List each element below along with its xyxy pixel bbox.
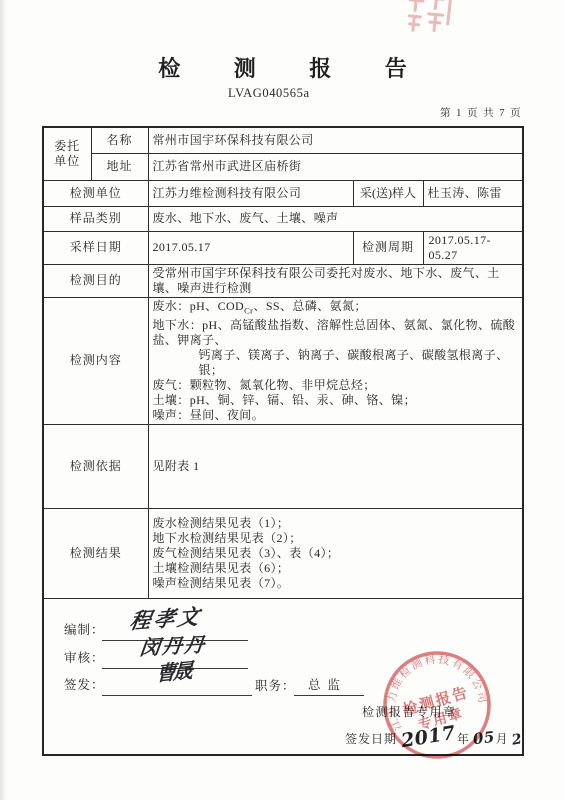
client-group-line1: 委托 [48, 139, 87, 154]
issue-date-month-handwritten: 05 [472, 730, 496, 748]
cell-client-group-label: 委托 单位 [43, 127, 91, 180]
position-label: 职务： [255, 679, 296, 694]
content-line-soil: 土壤：pH、铜、锌、镉、铅、汞、砷、铬、镍； [153, 393, 519, 408]
table-row: 采样日期 2017.05.17 检测周期 2017.05.17-05.27 [43, 231, 523, 264]
cell-basis-value: 见附表 1 [148, 424, 523, 508]
page-title: 检 测 报 告 [0, 52, 565, 83]
result-line-gas: 废气检测结果见表（3）、表（4）； [153, 546, 519, 561]
cell-basis-label: 检测依据 [43, 424, 148, 508]
table-row: 地址 江苏省常州市武进区庙桥街 [43, 153, 523, 180]
content-line-groundwater: 地下水：pH、高锰酸盐指数、溶解性总固体、氨氮、氯化物、硫酸盐、钾离子、 [153, 318, 519, 348]
scanned-report-page: 检 测 报 告 LVAG040565a 第 1 页 共 7 页 委托 单位 名称… [0, 0, 565, 800]
table-row: 检测依据 见附表 1 [43, 424, 523, 508]
issue-date-day-handwritten: 27 [511, 730, 523, 748]
cell-period-value: 2017.05.17-05.27 [423, 231, 523, 264]
position-underline [294, 695, 364, 696]
issued-label: 签发： [64, 678, 105, 693]
cell-sampler-value: 杜玉涛、陈雷 [423, 180, 523, 206]
client-group-line2: 单位 [48, 154, 87, 169]
page-indicator: 第 1 页 共 7 页 [440, 105, 522, 120]
cell-content-value: 废水：pH、CODCr、SS、总磷、氨氮； 地下水：pH、高锰酸盐指数、溶解性总… [148, 297, 523, 424]
cell-sampling-date-label: 采样日期 [43, 231, 148, 264]
result-line-wastewater: 废水检测结果见表（1）； [153, 516, 519, 531]
table-row: 样品类别 废水、地下水、废气、土壤、噪声 [43, 206, 523, 231]
reviewed-signature: 闵丹丹 [139, 637, 207, 656]
content-line-wastewater: 废水：pH、CODCr、SS、总磷、氨氮； [153, 299, 519, 318]
table-row: 委托 单位 名称 常州市国宇环保科技有限公司 [43, 127, 523, 153]
cell-results-label: 检测结果 [43, 508, 148, 598]
content-line-groundwater-cont: 钙离子、镁离子、钠离子、碳酸根离子、碳酸氢根离子、银； [153, 348, 519, 378]
result-line-soil: 土壤检测结果见表（6）； [153, 561, 519, 576]
cell-category-value: 废水、地下水、废气、土壤、噪声 [148, 206, 523, 231]
cell-client-address-label: 地址 [91, 153, 148, 180]
cell-period-label: 检测周期 [353, 231, 423, 264]
cell-client-name-label: 名称 [91, 127, 148, 153]
issue-date-year-suffix: 年 [457, 732, 470, 747]
cell-purpose-label: 检测目的 [43, 264, 148, 297]
table-row: 检测结果 废水检测结果见表（1）； 地下水检测结果见表（2）； 废气检测结果见表… [43, 508, 523, 598]
reviewed-label: 审核： [64, 651, 105, 666]
signature-block: 编制： 程孝文 审核： 闵丹丹 签发： 曹晟 职务： 总监 检测报告专用章 签发… [43, 598, 523, 755]
issue-date-month-suffix: 月 [496, 732, 509, 747]
report-table: 委托 单位 名称 常州市国宇环保科技有限公司 地址 江苏省常州市武进区庙桥街 检… [42, 126, 524, 756]
cell-sampling-date-value: 2017.05.17 [148, 231, 353, 264]
position-value: 总监 [308, 678, 347, 693]
table-row: 编制： 程孝文 审核： 闵丹丹 签发： 曹晟 职务： 总监 检测报告专用章 签发… [43, 598, 523, 755]
issue-date-line: 签发日期 2017 年 05 月 27 日 [345, 730, 523, 747]
cell-sampler-label: 采(送)样人 [353, 180, 423, 206]
content-line-noise: 噪声：昼间、夜间。 [153, 408, 519, 423]
cell-testorg-label: 检测单位 [43, 180, 148, 206]
table-row: 检测单位 江苏力维检测科技有限公司 采(送)样人 杜玉涛、陈雷 [43, 180, 523, 206]
result-line-noise: 噪声检测结果见表（7）。 [153, 576, 519, 591]
result-line-groundwater: 地下水检测结果见表（2）； [153, 531, 519, 546]
cell-results-value: 废水检测结果见表（1）； 地下水检测结果见表（2）； 废气检测结果见表（3）、表… [148, 508, 523, 598]
cell-content-label: 检测内容 [43, 297, 148, 424]
issue-date-year-handwritten: 2017 [400, 726, 457, 749]
cell-testorg-value: 江苏力维检测科技有限公司 [148, 180, 353, 206]
cell-purpose-value: 受常州市国宇环保科技有限公司委托对废水、地下水、废气、土壤、噪声进行检测 [148, 264, 523, 297]
issued-underline [102, 695, 252, 696]
cell-category-label: 样品类别 [43, 206, 148, 231]
seal-caption: 检测报告专用章 [362, 705, 457, 720]
cell-client-address-value: 江苏省常州市武进区庙桥街 [148, 153, 523, 180]
table-row: 检测内容 废水：pH、CODCr、SS、总磷、氨氮； 地下水：pH、高锰酸盐指数… [43, 297, 523, 424]
red-stamp-fragment-icon [401, 0, 459, 53]
content-line-gas: 废气：颗粒物、氮氧化物、非甲烷总烃； [153, 378, 519, 393]
table-row: 检测目的 受常州市国宇环保科技有限公司委托对废水、地下水、废气、土壤、噪声进行检… [43, 264, 523, 297]
cell-client-name-value: 常州市国宇环保科技有限公司 [148, 127, 523, 153]
prepared-signature: 程孝文 [129, 608, 204, 628]
prepared-label: 编制： [64, 623, 105, 638]
issue-date-label: 签发日期 [345, 732, 397, 747]
report-number: LVAG040565a [228, 86, 310, 101]
issued-signature: 曹晟 [156, 663, 190, 682]
